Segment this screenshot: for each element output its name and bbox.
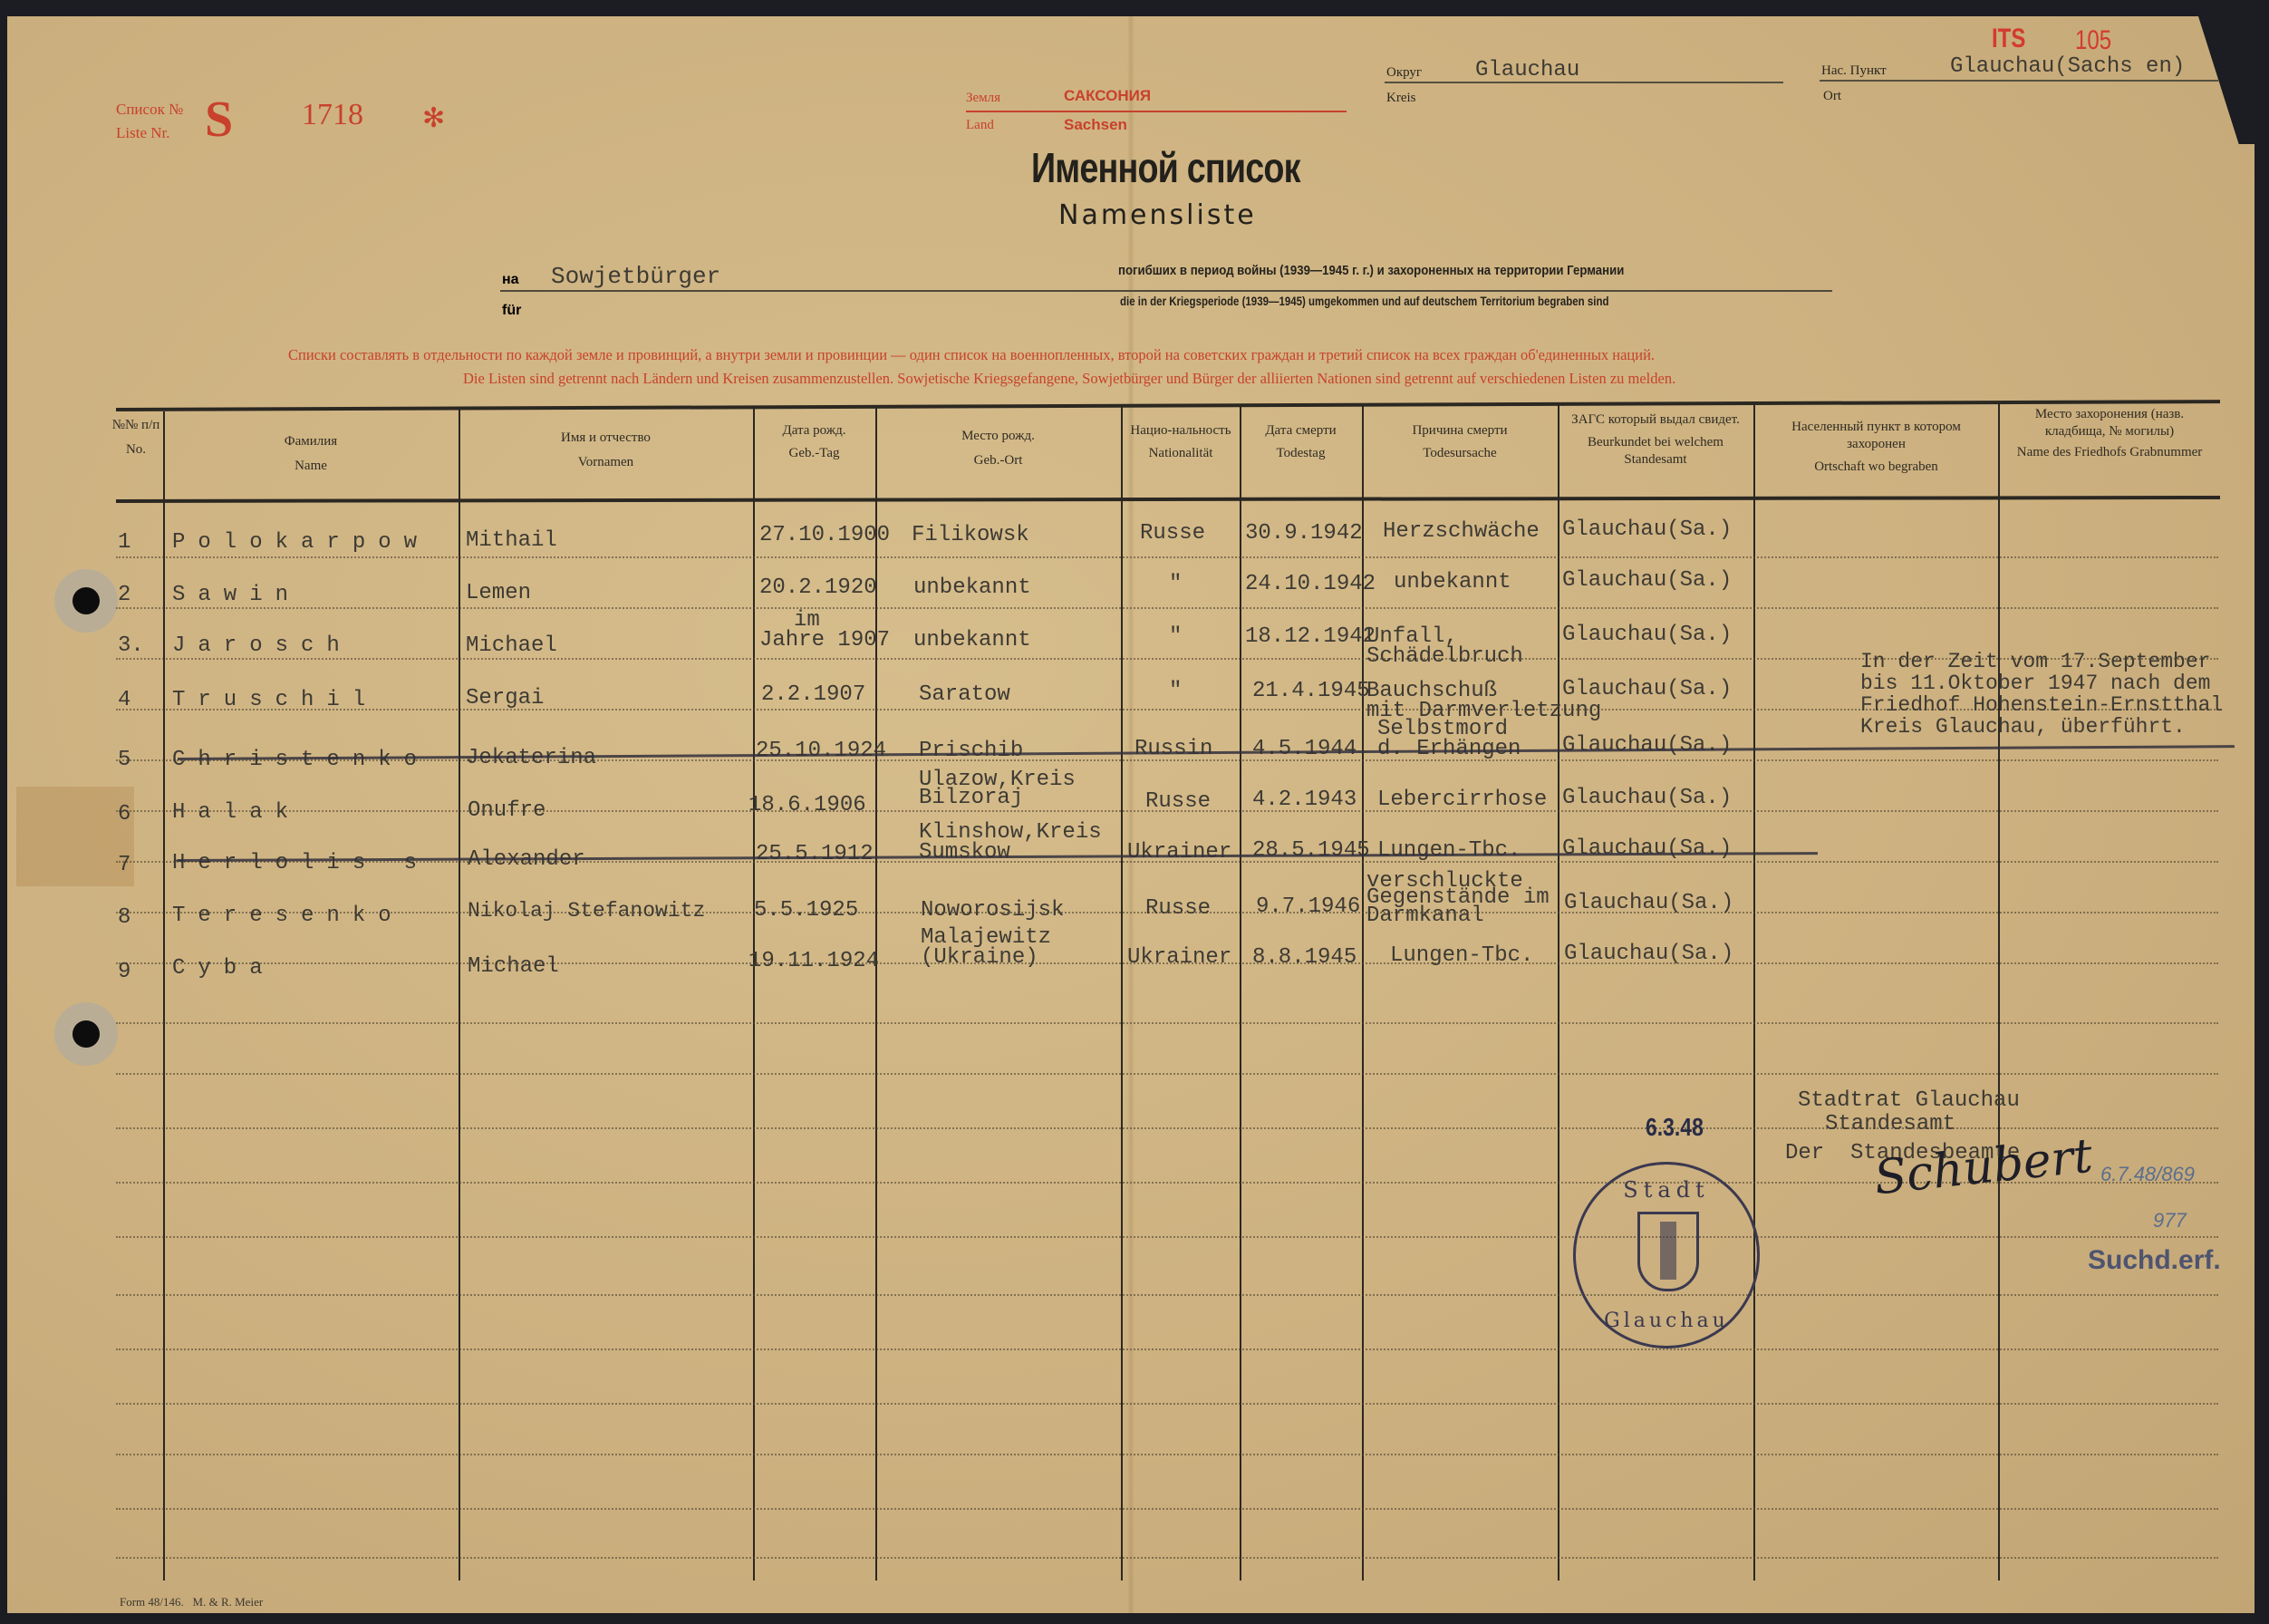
- registry-office: Glauchau(Sa.): [1562, 680, 1732, 700]
- row-rule: [116, 1348, 2218, 1350]
- nationality: Ukrainer: [1127, 948, 1231, 968]
- birth-place: unbekannt: [913, 578, 1031, 598]
- land-label-de: Land: [966, 118, 994, 133]
- table-top-rule: [116, 400, 2220, 411]
- row-number: 5: [118, 750, 130, 770]
- fur-label: für: [502, 303, 521, 319]
- death-date: 28.5.1945: [1252, 841, 1370, 861]
- surname: Sawin: [172, 585, 301, 605]
- birth-place: (Ukraine): [921, 948, 1038, 968]
- instructions-ru: Списки составлять в отдельности по каждо…: [288, 346, 1655, 364]
- row-rule: [116, 1294, 2218, 1296]
- row-number: 1: [118, 533, 130, 553]
- death-date: 21.4.1945: [1252, 681, 1370, 701]
- land-value-de: Sachsen: [1064, 116, 1127, 134]
- row-rule: [116, 607, 2218, 609]
- column-divider: [163, 411, 165, 1580]
- death-date: 4.2.1943: [1252, 790, 1357, 810]
- surname: Teresenko: [172, 906, 404, 926]
- nationality: ": [1169, 681, 1182, 701]
- header-ru: Причина смерти: [1394, 422, 1526, 440]
- handwritten-reference: 6.7.48/869: [2100, 1163, 2195, 1186]
- handwritten-number: 977: [2153, 1209, 2187, 1232]
- header-de: Todestag: [1253, 445, 1348, 462]
- birth-date: 18.6.1906: [748, 796, 866, 816]
- column-header-name: Фамилия Name: [163, 433, 459, 475]
- row-rule: [116, 1557, 2218, 1559]
- na-label: на: [502, 272, 519, 288]
- column-header-vornamen: Имя и отчество Vornamen: [459, 430, 753, 471]
- header-de: Name: [163, 458, 459, 475]
- paper-stain: [16, 787, 134, 886]
- form-number: Form 48/146. M. & R. Meier: [120, 1595, 263, 1609]
- ort-label-de: Ort: [1823, 89, 1841, 104]
- list-series-letter: S: [205, 91, 233, 149]
- column-header-geb-tag: Дата рожд. Geb.-Tag: [776, 422, 853, 462]
- seal-text-top: Stadt: [1576, 1177, 1757, 1203]
- land-label-ru: Земля: [966, 91, 1000, 106]
- header-ru: Место захоронения (назв. кладбища, № мог…: [2005, 406, 2214, 440]
- category-underline: [500, 290, 1832, 292]
- header-ru: Фамилия: [163, 433, 459, 450]
- kreis-label-ru: Округ: [1386, 65, 1422, 81]
- first-names: Michael: [468, 957, 559, 977]
- header-ru: Дата смерти: [1253, 422, 1348, 440]
- column-header-no: №№ п/п No.: [109, 417, 163, 459]
- certification-date: 6.3.48: [1646, 1113, 1704, 1142]
- birth-date: 2.2.1907: [761, 685, 865, 705]
- nationality: Russe: [1140, 524, 1205, 544]
- title-russian: Именной список: [1031, 143, 1300, 192]
- ort-underline: [1820, 80, 2218, 82]
- row-rule: [116, 1454, 2218, 1455]
- death-cause: unbekannt: [1394, 573, 1511, 593]
- first-names: Sergai: [466, 689, 544, 709]
- nationality: Ukrainer: [1127, 843, 1231, 863]
- column-divider: [459, 410, 460, 1580]
- kreis-label-de: Kreis: [1386, 91, 1416, 106]
- transfer-note-line: Kreis Glauchau, überführt.: [1860, 716, 2223, 738]
- land-underline: [966, 111, 1347, 112]
- transfer-note: In der Zeit vom 17.September bis 11.Okto…: [1860, 651, 2223, 738]
- birth-place: Bilzoraj: [919, 788, 1023, 808]
- registry-office: Glauchau(Sa.): [1562, 625, 1732, 645]
- column-header-nationalitat: Нацио-нальность Nationalität: [1129, 422, 1232, 462]
- birth-place: unbekannt: [913, 631, 1031, 651]
- registry-office: Glauchau(Sa.): [1562, 571, 1732, 591]
- registry-office: Glauchau(Sa.): [1564, 944, 1733, 964]
- its-stamp-label: ITS: [1992, 24, 2025, 54]
- table-header-rule: [116, 496, 2220, 503]
- header-ru: Дата рожд.: [776, 422, 853, 440]
- surname: Truschil: [172, 691, 378, 710]
- row-number: 9: [118, 962, 130, 982]
- ort-value: Glauchau(Sachs en): [1950, 54, 2185, 79]
- header-de: Geb.-Tag: [776, 445, 853, 462]
- header-de: Nationalität: [1129, 445, 1232, 462]
- nationality: ": [1169, 575, 1182, 594]
- row-number: 7: [118, 855, 130, 875]
- punch-hole-bottom: [54, 1002, 118, 1066]
- surname: Jarosch: [172, 636, 352, 656]
- transfer-note-line: bis 11.Oktober 1947 nach dem: [1860, 672, 2223, 694]
- title-german: Namensliste: [1058, 199, 1257, 231]
- registry-office: Glauchau(Sa.): [1564, 894, 1733, 913]
- death-cause-line2: Schädelbruch: [1366, 647, 1523, 667]
- header-ru: ЗАГС который выдал свидет.: [1564, 411, 1747, 429]
- first-names: Lemen: [466, 584, 531, 604]
- row-number: 8: [118, 908, 130, 928]
- death-date: 30.9.1942: [1245, 524, 1363, 544]
- header-de: Vornamen: [459, 454, 753, 471]
- registry-office: Glauchau(Sa.): [1562, 839, 1732, 859]
- period-text-ru: погибших в период войны (1939—1945 г. г.…: [1118, 263, 1624, 278]
- registry-office: Glauchau(Sa.): [1562, 788, 1732, 808]
- list-label-de: Liste Nr.: [116, 121, 183, 145]
- list-number-value: 1718: [302, 98, 363, 132]
- death-cause: Lebercirrhose: [1377, 790, 1547, 810]
- first-names: Onufre: [468, 801, 546, 821]
- column-header-ortschaft: Населенный пункт в котором захоронен Ort…: [1765, 419, 1987, 476]
- header-ru: №№ п/п: [109, 417, 163, 434]
- death-date: 9.7.1946: [1256, 897, 1360, 917]
- column-header-todesursache: Причина смерти Todesursache: [1394, 422, 1526, 462]
- row-number: 6: [118, 805, 130, 825]
- column-header-geb-ort: Место рожд. Geb.-Ort: [875, 428, 1121, 469]
- header-ru: Имя и отчество: [459, 430, 753, 447]
- row-rule: [116, 1236, 2218, 1238]
- transfer-note-line: Friedhof Hohenstein-Ernstthal: [1860, 694, 2223, 716]
- birth-date: Jahre 1907: [759, 631, 890, 651]
- column-header-standesamt: ЗАГС который выдал свидет. Beurkundet be…: [1564, 411, 1747, 469]
- category-value: Sowjetbürger: [551, 263, 720, 290]
- birth-place: Noworosijsk: [921, 901, 1064, 921]
- nationality: ": [1169, 627, 1182, 647]
- column-header-friedhof: Место захоронения (назв. кладбища, № мог…: [2005, 406, 2214, 461]
- surname: Herlolis s: [172, 854, 430, 874]
- instructions-de: Die Listen sind getrennt nach Ländern un…: [463, 370, 1675, 388]
- office-line: Standesamt: [1798, 1113, 2020, 1136]
- surname: Christenko: [172, 750, 430, 770]
- ort-label-ru: Нас. Пункт: [1821, 63, 1887, 79]
- row-number: 4: [118, 691, 130, 710]
- row-rule: [116, 1073, 2218, 1075]
- nationality: Russin: [1134, 739, 1212, 759]
- registry-office: Glauchau(Sa.): [1562, 520, 1732, 540]
- header-ru: Нацио-нальность: [1129, 422, 1232, 440]
- city-seal: Stadt Glauchau: [1573, 1162, 1760, 1348]
- death-cause: Lungen-Tbc.: [1377, 841, 1521, 861]
- birth-date: 25.10.1924: [756, 741, 886, 761]
- header-de: Geb.-Ort: [875, 452, 1121, 469]
- birth-date: 5.5.1925: [754, 901, 858, 921]
- birth-place: Sumskow: [919, 843, 1010, 863]
- header-de: Beurkundet bei welchem Standesamt: [1564, 434, 1747, 469]
- column-header-todestag: Дата смерти Todestag: [1253, 422, 1348, 462]
- period-text-de: die in der Kriegsperiode (1939—1945) umg…: [1120, 294, 1608, 308]
- birth-place: Prischib: [919, 741, 1023, 761]
- row-number: 2: [118, 585, 130, 605]
- header-ru: Населенный пункт в котором захоронен: [1765, 419, 1987, 453]
- birth-date: 27.10.1900: [759, 526, 890, 546]
- surname: Halak: [172, 803, 301, 823]
- row-rule: [116, 1022, 2218, 1024]
- punch-hole-top: [54, 569, 118, 633]
- death-date: 24.10.1942: [1245, 575, 1376, 594]
- office-line: Stadtrat Glauchau: [1798, 1089, 2020, 1113]
- birth-place: Filikowsk: [912, 526, 1029, 546]
- transfer-note-line: In der Zeit vom 17.September: [1860, 651, 2223, 672]
- death-cause: Lungen-Tbc.: [1390, 946, 1533, 966]
- birth-date: 25.5.1912: [756, 845, 874, 865]
- death-cause: Herzschwäche: [1383, 522, 1540, 542]
- first-names: Mithail: [466, 531, 557, 551]
- land-value-ru: САКСОНИЯ: [1064, 87, 1151, 105]
- row-rule: [116, 556, 2218, 558]
- surname: Polokarpow: [172, 533, 430, 553]
- birth-place: Saratow: [919, 685, 1010, 705]
- first-names: Michael: [466, 636, 557, 656]
- birth-date: 19.11.1924: [748, 952, 879, 971]
- list-number-label: Список № Liste Nr.: [116, 98, 183, 145]
- death-cause-line2: Darmkanal: [1366, 906, 1484, 926]
- first-names: Jekaterina: [466, 749, 596, 768]
- search-stamp: Suchd.erf.: [2088, 1245, 2221, 1276]
- header-de: No.: [109, 441, 163, 459]
- paper-fold: [1127, 16, 1134, 1613]
- seal-text-bottom: Glauchau: [1576, 1310, 1757, 1332]
- kreis-underline: [1385, 82, 1783, 83]
- row-rule: [116, 1403, 2218, 1405]
- document-page: ITS 105 Список № Liste Nr. S 1718 ✻ Земл…: [7, 16, 2255, 1613]
- header-de: Ortschaft wo begraben: [1765, 459, 1987, 476]
- surname: Cyba: [172, 959, 275, 979]
- header-ru: Место рожд.: [875, 428, 1121, 445]
- kreis-value: Glauchau: [1475, 58, 1579, 82]
- its-stamp-number: 105: [2075, 25, 2111, 56]
- birth-date: 20.2.1920: [759, 578, 877, 598]
- death-date: 4.5.1944: [1252, 739, 1357, 759]
- registry-office: Glauchau(Sa.): [1562, 736, 1732, 756]
- death-date: 8.8.1945: [1252, 948, 1357, 968]
- nationality: Russe: [1145, 792, 1211, 812]
- asterisk-mark-icon: ✻: [422, 102, 445, 134]
- header-de: Todesursache: [1394, 445, 1526, 462]
- coat-of-arms-icon: [1637, 1212, 1699, 1291]
- death-date: 18.12.1942: [1245, 627, 1376, 647]
- row-rule: [116, 1508, 2218, 1510]
- nationality: Russe: [1145, 899, 1211, 919]
- first-names: Nikolaj Stefanowitz: [468, 901, 705, 921]
- row-number: 3.: [118, 636, 144, 656]
- list-label-ru: Список №: [116, 98, 183, 121]
- header-de: Name des Friedhofs Grabnummer: [2005, 444, 2214, 461]
